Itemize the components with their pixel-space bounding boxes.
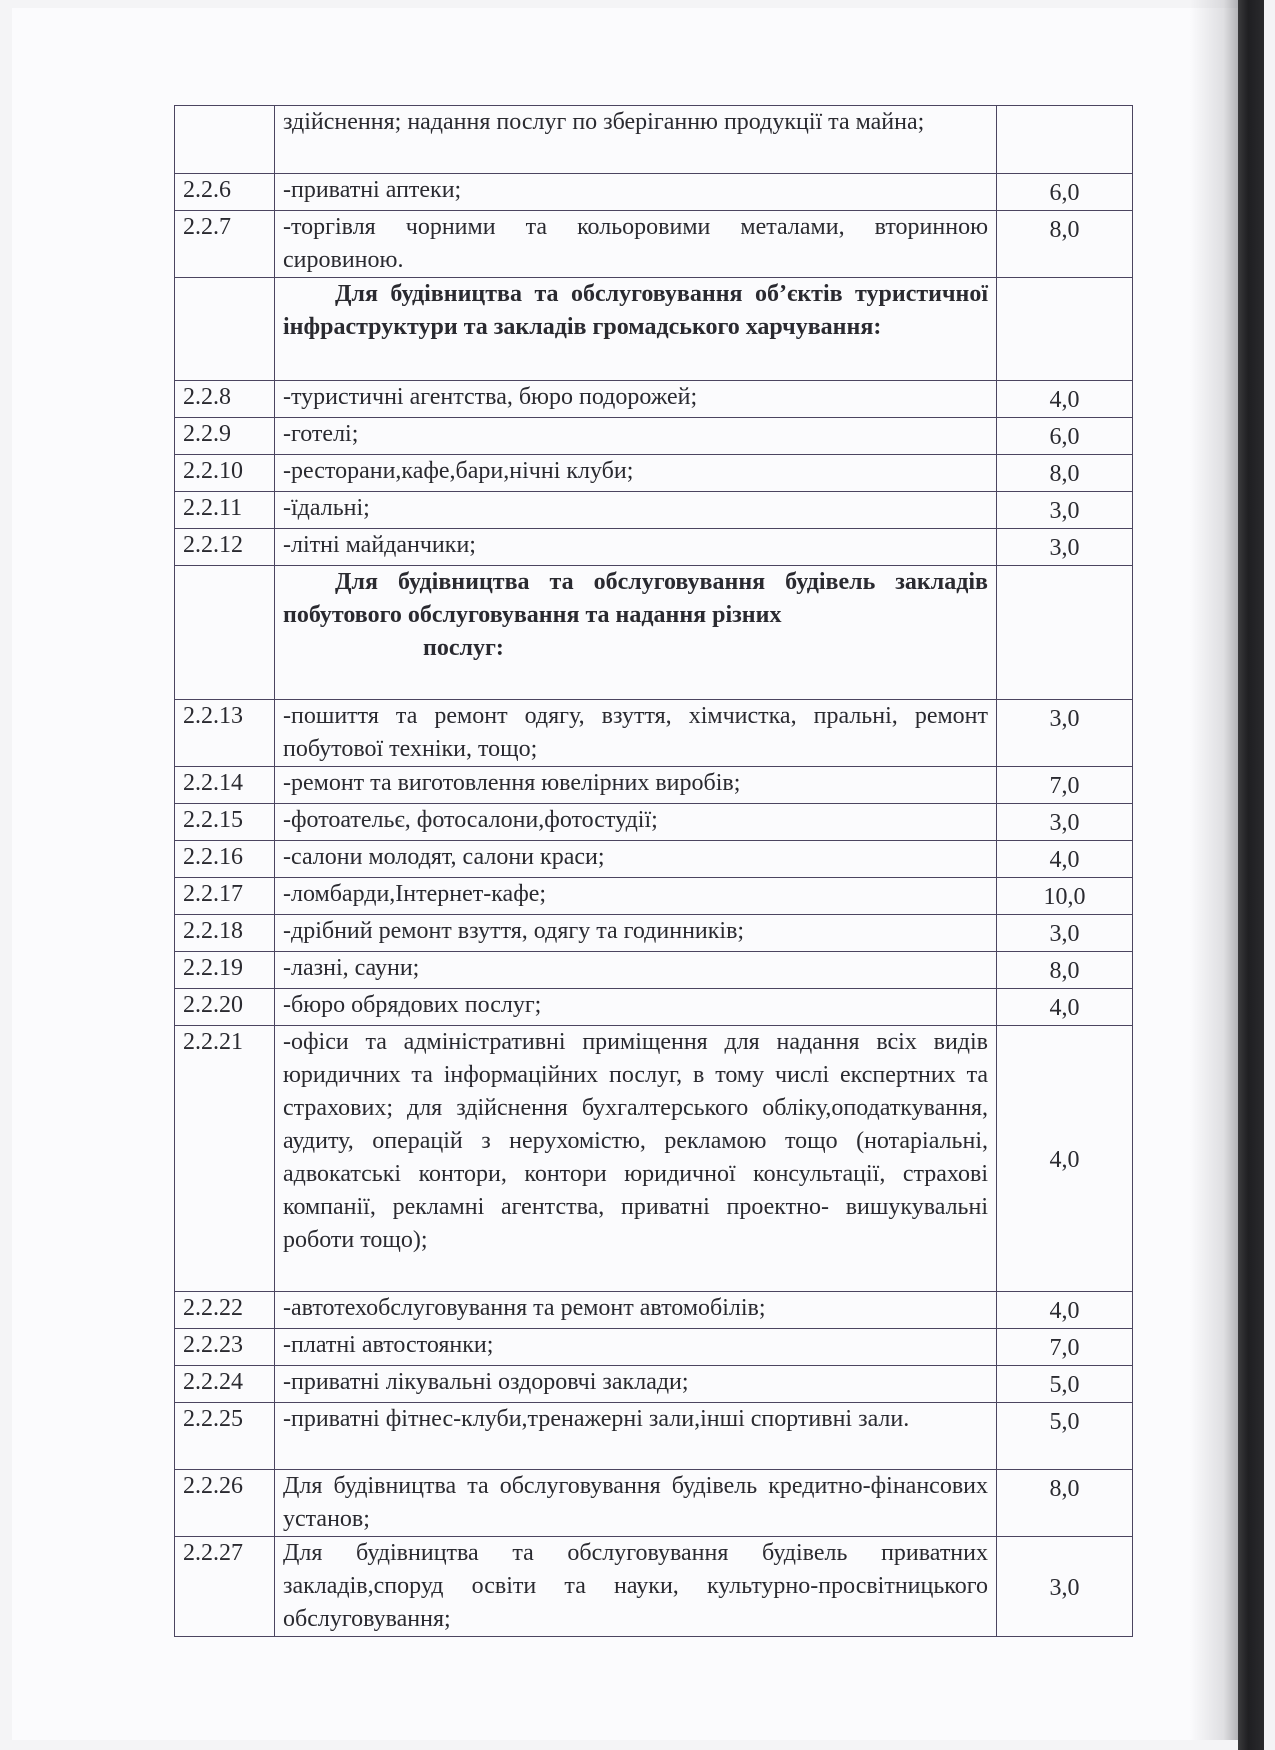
- row-description: -лазні, сауни;: [275, 952, 997, 989]
- table-row: 2.2.23 -платні автостоянки; 7,0: [175, 1329, 1133, 1366]
- row-description: -туристичні агентства, бюро подорожей;: [275, 381, 997, 418]
- row-rate-value: 6,0: [997, 418, 1133, 455]
- scan-edge-shadow: [1190, 0, 1238, 1740]
- table-row: 2.2.13 -пошиття та ремонт одягу, взуття,…: [175, 700, 1133, 767]
- table-row: 2.2.16 -салони молодят, салони краси; 4,…: [175, 841, 1133, 878]
- row-rate-value: 3,0: [997, 804, 1133, 841]
- row-number: 2.2.25: [175, 1403, 275, 1470]
- row-number: 2.2.13: [175, 700, 275, 767]
- row-description: Для будівництва та обслуговування об’єкт…: [275, 278, 997, 381]
- table-row: 2.2.17 -ломбарди,Інтернет-кафе; 10,0: [175, 878, 1133, 915]
- row-description: -торгівля чорними та кольоровими металам…: [275, 211, 997, 278]
- row-rate-value: 3,0: [997, 700, 1133, 767]
- row-rate-value: 3,0: [997, 915, 1133, 952]
- row-description: -платні автостоянки;: [275, 1329, 997, 1366]
- table-row: 2.2.14 -ремонт та виготовлення ювелірних…: [175, 767, 1133, 804]
- row-number: 2.2.24: [175, 1366, 275, 1403]
- row-description: -салони молодят, салони краси;: [275, 841, 997, 878]
- row-rate-value: 4,0: [997, 1026, 1133, 1292]
- row-number: 2.2.18: [175, 915, 275, 952]
- table-row: 2.2.25 -приватні фітнес-клуби,тренажерні…: [175, 1403, 1133, 1470]
- row-number: [175, 106, 275, 174]
- row-number: 2.2.23: [175, 1329, 275, 1366]
- row-rate-value: 4,0: [997, 989, 1133, 1026]
- row-number: 2.2.19: [175, 952, 275, 989]
- row-number: 2.2.15: [175, 804, 275, 841]
- table-row: 2.2.9 -готелі; 6,0: [175, 418, 1133, 455]
- table-row: 2.2.8 -туристичні агентства, бюро подоро…: [175, 381, 1133, 418]
- table-row: 2.2.10 -ресторани,кафе,бари,нічні клуби;…: [175, 455, 1133, 492]
- table-row: 2.2.18 -дрібний ремонт взуття, одягу та …: [175, 915, 1133, 952]
- row-number: [175, 566, 275, 700]
- row-number: 2.2.22: [175, 1292, 275, 1329]
- row-number: 2.2.27: [175, 1537, 275, 1637]
- table-row: 2.2.7 -торгівля чорними та кольоровими м…: [175, 211, 1133, 278]
- row-rate-value: [997, 566, 1133, 700]
- table-row: 2.2.24 -приватні лікувальні оздоровчі за…: [175, 1366, 1133, 1403]
- row-description: здійснення; надання послуг по зберіганню…: [275, 106, 997, 174]
- table-row: 2.2.22 -автотехобслуговування та ремонт …: [175, 1292, 1133, 1329]
- row-rate-value: 7,0: [997, 1329, 1133, 1366]
- row-rate-value: 8,0: [997, 952, 1133, 989]
- table-row: 2.2.26 Для будівництва та обслуговування…: [175, 1470, 1133, 1537]
- row-rate-value: 6,0: [997, 174, 1133, 211]
- row-description: -ломбарди,Інтернет-кафе;: [275, 878, 997, 915]
- row-description: -приватні аптеки;: [275, 174, 997, 211]
- row-number: 2.2.8: [175, 381, 275, 418]
- row-number: 2.2.10: [175, 455, 275, 492]
- row-rate-value: 3,0: [997, 1537, 1133, 1637]
- row-number: 2.2.26: [175, 1470, 275, 1537]
- row-rate-value: 4,0: [997, 841, 1133, 878]
- table-row: 2.2.12 -літні майданчики; 3,0: [175, 529, 1133, 566]
- table-row: 2.2.19 -лазні, сауни; 8,0: [175, 952, 1133, 989]
- scanner-edge-strip: [1238, 0, 1264, 1750]
- row-description: -приватні фітнес-клуби,тренажерні зали,і…: [275, 1403, 997, 1470]
- row-rate-value: 5,0: [997, 1403, 1133, 1470]
- row-rate-value: [997, 106, 1133, 174]
- row-rate-value: 4,0: [997, 381, 1133, 418]
- row-description: Для будівництва та обслуговування будіве…: [275, 566, 997, 700]
- table-row: 2.2.21 -офіси та адміністративні приміще…: [175, 1026, 1133, 1292]
- row-number: 2.2.9: [175, 418, 275, 455]
- row-description: -готелі;: [275, 418, 997, 455]
- table-row: 2.2.20 -бюро обрядових послуг; 4,0: [175, 989, 1133, 1026]
- row-description: -ремонт та виготовлення ювелірних виробі…: [275, 767, 997, 804]
- row-rate-value: 10,0: [997, 878, 1133, 915]
- rates-table: здійснення; надання послуг по зберіганню…: [174, 105, 1133, 1637]
- section-heading-row: Для будівництва та обслуговування будіве…: [175, 566, 1133, 700]
- row-description: -ресторани,кафе,бари,нічні клуби;: [275, 455, 997, 492]
- row-rate-value: 4,0: [997, 1292, 1133, 1329]
- row-rate-value: 7,0: [997, 767, 1133, 804]
- row-description: -автотехобслуговування та ремонт автомоб…: [275, 1292, 997, 1329]
- row-rate-value: [997, 278, 1133, 381]
- table-row: 2.2.11 -їдальні; 3,0: [175, 492, 1133, 529]
- row-number: 2.2.12: [175, 529, 275, 566]
- row-description: -фотоательє, фотосалони,фотостудії;: [275, 804, 997, 841]
- row-description: -їдальні;: [275, 492, 997, 529]
- row-rate-value: 3,0: [997, 529, 1133, 566]
- row-number: 2.2.17: [175, 878, 275, 915]
- row-description: Для будівництва та обслуговування будіве…: [275, 1470, 997, 1537]
- row-number: 2.2.20: [175, 989, 275, 1026]
- table-row: 2.2.6 -приватні аптеки; 6,0: [175, 174, 1133, 211]
- row-description: -бюро обрядових послуг;: [275, 989, 997, 1026]
- row-description: -літні майданчики;: [275, 529, 997, 566]
- heading-text: Для будівництва та обслуговування будіве…: [283, 569, 988, 628]
- row-number: [175, 278, 275, 381]
- row-number: 2.2.21: [175, 1026, 275, 1292]
- row-rate-value: 8,0: [997, 455, 1133, 492]
- row-description: -пошиття та ремонт одягу, взуття, хімчис…: [275, 700, 997, 767]
- table-row: 2.2.27 Для будівництва та обслуговування…: [175, 1537, 1133, 1637]
- heading-text-tail: послуг:: [283, 632, 988, 665]
- row-number: 2.2.11: [175, 492, 275, 529]
- row-description: -дрібний ремонт взуття, одягу та годинни…: [275, 915, 997, 952]
- row-description: Для будівництва та обслуговування будіве…: [275, 1537, 997, 1637]
- row-number: 2.2.16: [175, 841, 275, 878]
- row-number: 2.2.6: [175, 174, 275, 211]
- row-rate-value: 8,0: [997, 211, 1133, 278]
- row-rate-value: 5,0: [997, 1366, 1133, 1403]
- row-description: -офіси та адміністративні приміщення для…: [275, 1026, 997, 1292]
- section-heading-row: Для будівництва та обслуговування об’єкт…: [175, 278, 1133, 381]
- row-number: 2.2.7: [175, 211, 275, 278]
- table-row: 2.2.15 -фотоательє, фотосалони,фотостуді…: [175, 804, 1133, 841]
- row-rate-value: 8,0: [997, 1470, 1133, 1537]
- row-rate-value: 3,0: [997, 492, 1133, 529]
- row-number: 2.2.14: [175, 767, 275, 804]
- row-description: -приватні лікувальні оздоровчі заклади;: [275, 1366, 997, 1403]
- table-row: здійснення; надання послуг по зберіганню…: [175, 106, 1133, 174]
